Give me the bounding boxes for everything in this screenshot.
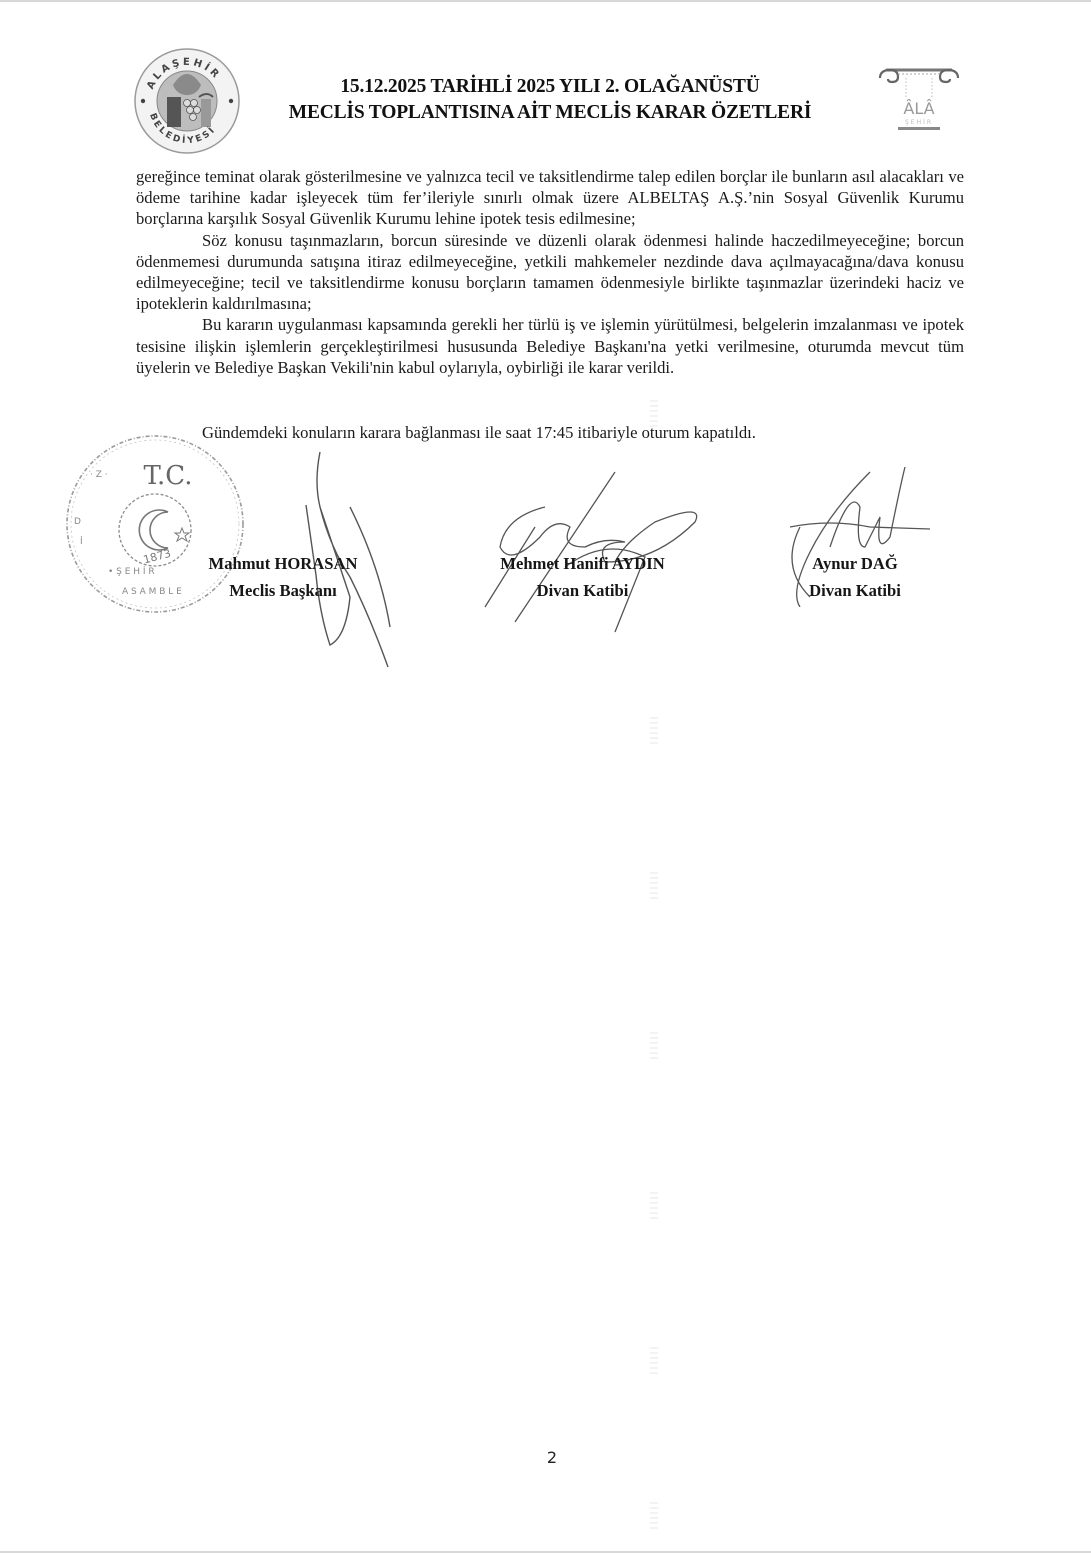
signatory-name: Mahmut HORASAN xyxy=(188,550,378,577)
title-line-1: 15.12.2025 TARİHLİ 2025 YILI 2. OLAĞANÜS… xyxy=(240,74,860,100)
svg-text:• Ş E H İ R: • Ş E H İ R xyxy=(108,566,155,577)
svg-text:1873: 1873 xyxy=(142,547,172,567)
title-line-2: MECLİS TOPLANTISINA AİT MECLİS KARAR ÖZE… xyxy=(240,100,860,126)
signatory-title: Divan Katibi xyxy=(795,577,915,604)
signature-block-chairman: Mahmut HORASAN Meclis Başkanı xyxy=(188,550,378,604)
svg-text:ÂLÂ: ÂLÂ xyxy=(903,99,934,118)
svg-text:A S A M B L E: A S A M B L E xyxy=(122,587,182,597)
alasehir-municipality-logo-icon: ALAŞEHİR BELEDİYESİ xyxy=(133,47,241,155)
signature-block-secretary-2: Aynur DAĞ Divan Katibi xyxy=(795,550,915,604)
scan-artifact xyxy=(650,1032,658,1062)
svg-text:D: D xyxy=(74,517,81,527)
scan-artifact xyxy=(650,1192,658,1222)
signatory-title: Divan Katibi xyxy=(480,577,685,604)
svg-text:ŞEHİR: ŞEHİR xyxy=(905,119,933,126)
svg-text:· Z ·: · Z · xyxy=(90,470,108,480)
ala-sehir-column-logo-icon: ÂLÂ ŞEHİR xyxy=(876,64,962,134)
scan-artifact xyxy=(650,400,658,430)
signatory-name: Aynur DAĞ xyxy=(795,550,915,577)
paragraph-2: Söz konusu taşınmazların, borcun süresin… xyxy=(136,230,964,315)
svg-text:İ: İ xyxy=(80,536,83,547)
svg-text:T.C.: T.C. xyxy=(143,461,192,491)
scan-artifact xyxy=(650,717,658,747)
document-page: ALAŞEHİR BELEDİYESİ 15.12.2025 TARİHLİ 2… xyxy=(0,0,1091,1553)
scan-artifact xyxy=(650,1347,658,1377)
closing-statement: Gündemdeki konuların karara bağlanması i… xyxy=(202,423,756,443)
decision-body: gereğince teminat olarak gösterilmesine … xyxy=(136,166,964,378)
scan-artifact xyxy=(650,1502,658,1532)
scan-artifact xyxy=(650,872,658,902)
signatory-title: Meclis Başkanı xyxy=(188,577,378,604)
paragraph-3: Bu kararın uygulanması kapsamında gerekl… xyxy=(136,314,964,378)
page-number: 2 xyxy=(540,1448,564,1467)
paragraph-1: gereğince teminat olarak gösterilmesine … xyxy=(136,166,964,230)
signature-block-secretary-1: Mehmet Hanifi AYDIN Divan Katibi xyxy=(480,550,685,604)
signatory-name: Mehmet Hanifi AYDIN xyxy=(480,550,685,577)
page-title: 15.12.2025 TARİHLİ 2025 YILI 2. OLAĞANÜS… xyxy=(240,74,860,126)
